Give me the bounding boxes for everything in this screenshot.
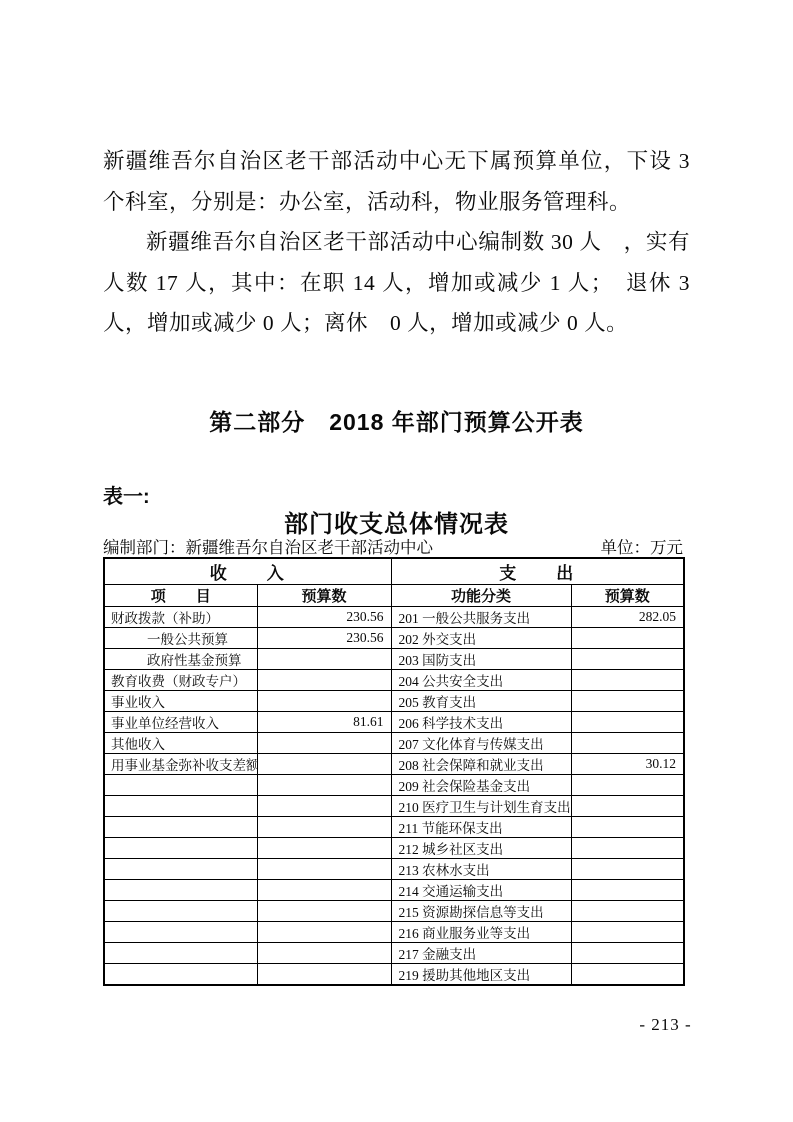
expense-category: 205 教育支出 xyxy=(391,691,571,712)
paragraph-staffing: 新疆维吾尔自治区老干部活动中心编制数 30 人 ，实有人数 17 人，其中：在职… xyxy=(103,222,690,344)
income-item: 教育收费（财政专户） xyxy=(104,670,257,691)
income-item: 财政拨款（补助） xyxy=(104,607,257,628)
expense-category: 217 金融支出 xyxy=(391,943,571,964)
expense-value xyxy=(571,670,684,691)
expense-category: 212 城乡社区支出 xyxy=(391,838,571,859)
income-item xyxy=(104,943,257,964)
table-row: 财政拨款（补助） 230.56 201 一般公共服务支出 282.05 xyxy=(104,607,684,628)
table-row: 214 交通运输支出 xyxy=(104,880,684,901)
income-item xyxy=(104,880,257,901)
income-value: 81.61 xyxy=(257,712,391,733)
income-item-column-header: 项 目 xyxy=(104,585,257,607)
income-value xyxy=(257,754,391,775)
income-value xyxy=(257,838,391,859)
expense-category-column-header: 功能分类 xyxy=(391,585,571,607)
expense-value xyxy=(571,838,684,859)
table-row: 210 医疗卫生与计划生育支出 xyxy=(104,796,684,817)
paragraph-org-structure: 新疆维吾尔自治区老干部活动中心无下属预算单位，下设 3 个科室，分别是：办公室，… xyxy=(103,141,690,222)
expense-value: 282.05 xyxy=(571,607,684,628)
expense-category: 208 社会保障和就业支出 xyxy=(391,754,571,775)
expense-value xyxy=(571,901,684,922)
unit-label: 单位：万元 xyxy=(601,534,684,558)
expense-category: 213 农林水支出 xyxy=(391,859,571,880)
table-row: 事业单位经营收入 81.61 206 科学技术支出 xyxy=(104,712,684,733)
expense-category: 203 国防支出 xyxy=(391,649,571,670)
income-value xyxy=(257,670,391,691)
expense-category: 209 社会保险基金支出 xyxy=(391,775,571,796)
table-row: 211 节能环保支出 xyxy=(104,817,684,838)
income-budget-column-header: 预算数 xyxy=(257,585,391,607)
document-page: 新疆维吾尔自治区老干部活动中心无下属预算单位，下设 3 个科室，分别是：办公室，… xyxy=(0,0,793,1122)
expense-category: 207 文化体育与传媒支出 xyxy=(391,733,571,754)
income-value xyxy=(257,964,391,986)
expense-category: 201 一般公共服务支出 xyxy=(391,607,571,628)
income-item xyxy=(104,964,257,986)
income-item: 用事业基金弥补收支差额 xyxy=(104,754,257,775)
prepared-by-label: 编制部门：新疆维吾尔自治区老干部活动中心 xyxy=(103,534,433,558)
table-row: 212 城乡社区支出 xyxy=(104,838,684,859)
expense-category: 210 医疗卫生与计划生育支出 xyxy=(391,796,571,817)
expense-value xyxy=(571,817,684,838)
income-value: 230.56 xyxy=(257,607,391,628)
expense-section-header: 支 出 xyxy=(391,558,684,585)
expense-category: 215 资源勘探信息等支出 xyxy=(391,901,571,922)
table-row: 219 援助其他地区支出 xyxy=(104,964,684,986)
income-value xyxy=(257,880,391,901)
page-number: - 213 - xyxy=(628,1015,703,1035)
income-item xyxy=(104,859,257,880)
income-value xyxy=(257,649,391,670)
expense-value xyxy=(571,796,684,817)
income-item xyxy=(104,775,257,796)
expense-value: 30.12 xyxy=(571,754,684,775)
table-row: 209 社会保险基金支出 xyxy=(104,775,684,796)
table-row: 其他收入 207 文化体育与传媒支出 xyxy=(104,733,684,754)
table-row: 政府性基金预算 203 国防支出 xyxy=(104,649,684,670)
table-column-header-row: 项 目 预算数 功能分类 预算数 xyxy=(104,585,684,607)
income-value xyxy=(257,817,391,838)
table-row: 用事业基金弥补收支差额 208 社会保障和就业支出 30.12 xyxy=(104,754,684,775)
income-value xyxy=(257,922,391,943)
income-value xyxy=(257,775,391,796)
expense-value xyxy=(571,691,684,712)
income-value xyxy=(257,943,391,964)
expense-value xyxy=(571,922,684,943)
income-item: 事业单位经营收入 xyxy=(104,712,257,733)
expense-value xyxy=(571,880,684,901)
income-item xyxy=(104,796,257,817)
expense-category: 204 公共安全支出 xyxy=(391,670,571,691)
table-row: 事业收入 205 教育支出 xyxy=(104,691,684,712)
income-value xyxy=(257,691,391,712)
table-row: 213 农林水支出 xyxy=(104,859,684,880)
income-value xyxy=(257,796,391,817)
expense-category: 202 外交支出 xyxy=(391,628,571,649)
expense-value xyxy=(571,733,684,754)
table-row: 217 金融支出 xyxy=(104,943,684,964)
expense-category: 206 科学技术支出 xyxy=(391,712,571,733)
table-meta-row: 编制部门：新疆维吾尔自治区老干部活动中心 单位：万元 xyxy=(103,534,683,558)
body-text-block: 新疆维吾尔自治区老干部活动中心无下属预算单位，下设 3 个科室，分别是：办公室，… xyxy=(103,141,690,344)
income-value xyxy=(257,733,391,754)
section-heading: 第二部分 2018 年部门预算公开表 xyxy=(0,404,793,437)
income-item xyxy=(104,901,257,922)
expense-budget-column-header: 预算数 xyxy=(571,585,684,607)
table-row: 216 商业服务业等支出 xyxy=(104,922,684,943)
income-value xyxy=(257,859,391,880)
expense-value xyxy=(571,628,684,649)
expense-category: 211 节能环保支出 xyxy=(391,817,571,838)
expense-value xyxy=(571,943,684,964)
income-section-header: 收 入 xyxy=(104,558,391,585)
income-item: 事业收入 xyxy=(104,691,257,712)
budget-summary-table: 收 入 支 出 项 目 预算数 功能分类 预算数 财政拨款（补助） 230.56… xyxy=(103,557,685,986)
expense-value xyxy=(571,649,684,670)
expense-value xyxy=(571,712,684,733)
income-item xyxy=(104,817,257,838)
income-item: 政府性基金预算 xyxy=(104,649,257,670)
expense-value xyxy=(571,964,684,986)
expense-category: 214 交通运输支出 xyxy=(391,880,571,901)
income-value: 230.56 xyxy=(257,628,391,649)
expense-value xyxy=(571,775,684,796)
income-item: 其他收入 xyxy=(104,733,257,754)
table-row: 215 资源勘探信息等支出 xyxy=(104,901,684,922)
table-row: 一般公共预算 230.56 202 外交支出 xyxy=(104,628,684,649)
table-row: 教育收费（财政专户） 204 公共安全支出 xyxy=(104,670,684,691)
expense-category: 219 援助其他地区支出 xyxy=(391,964,571,986)
table-section-header-row: 收 入 支 出 xyxy=(104,558,684,585)
income-value xyxy=(257,901,391,922)
income-item: 一般公共预算 xyxy=(104,628,257,649)
income-item xyxy=(104,922,257,943)
expense-category: 216 商业服务业等支出 xyxy=(391,922,571,943)
expense-value xyxy=(571,859,684,880)
income-item xyxy=(104,838,257,859)
